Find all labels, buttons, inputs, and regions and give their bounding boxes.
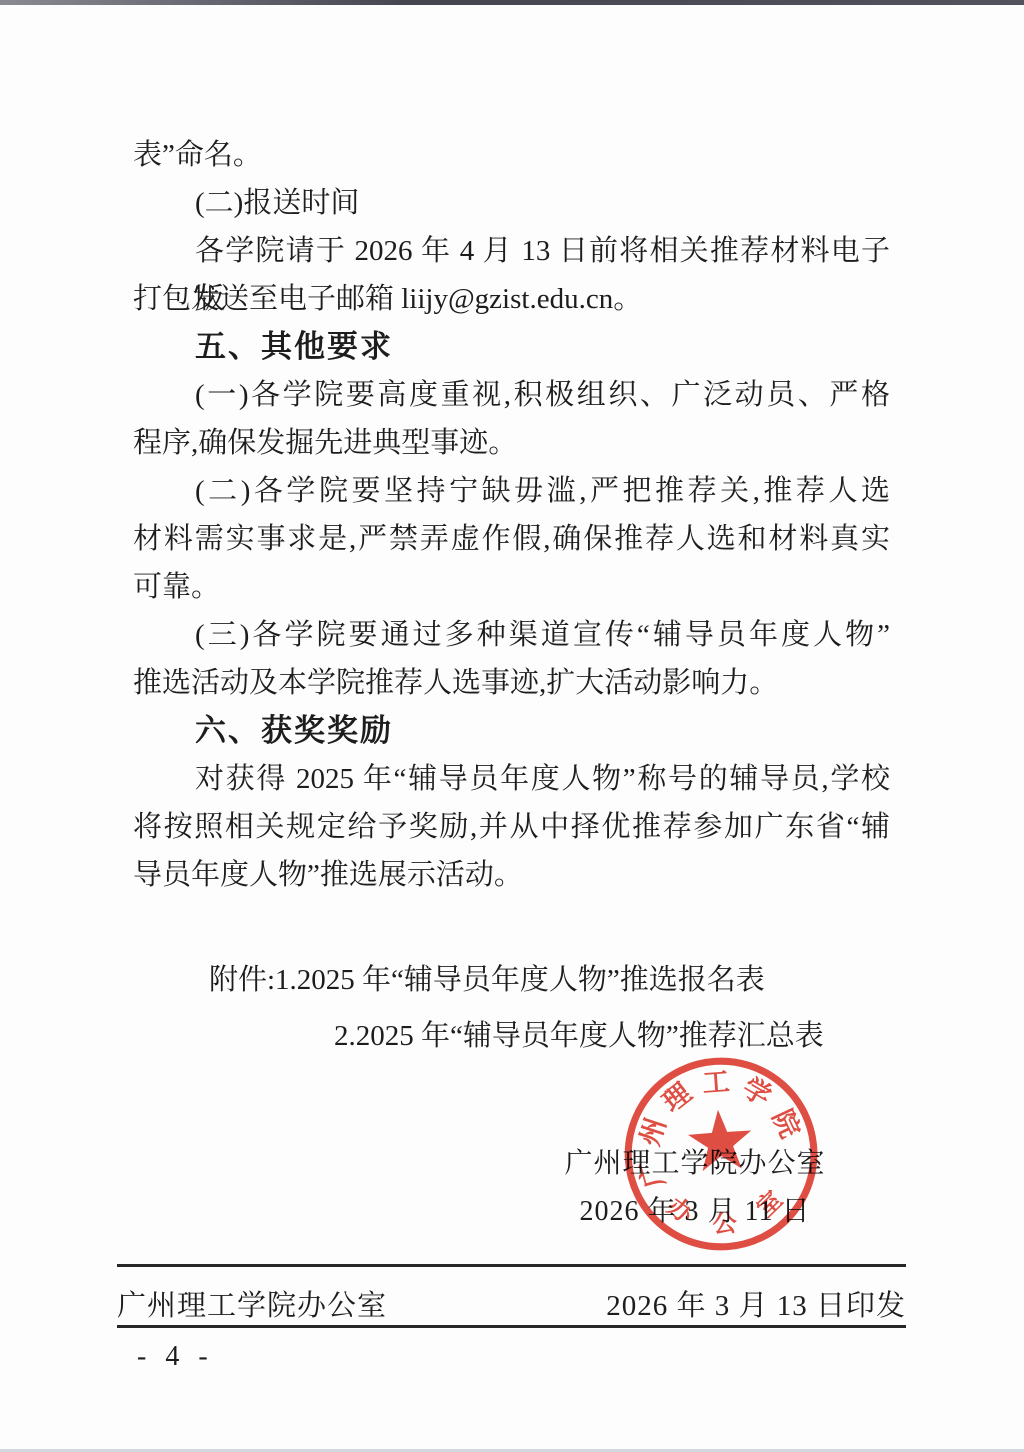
text-line: 可靠。 <box>133 563 890 611</box>
text-line: 导员年度人物”推选展示活动。 <box>133 851 890 899</box>
text-line: 材料需实事求是,严禁弄虚作假,确保推荐人选和材料真实 <box>133 515 890 563</box>
seal-char: 室 <box>752 1186 788 1222</box>
section-heading: 五、其他要求 <box>133 323 890 371</box>
colophon-row: 广州理工学院办公室 2026 年 3 月 13 日印发 <box>117 1280 906 1326</box>
text-line: (一)各学院要高度重视,积极组织、广泛动员、严格 <box>133 371 890 419</box>
seal-char: 办 <box>662 1193 698 1230</box>
official-seal: 广 州 理 工 学 院 办 公 室 <box>601 1033 840 1272</box>
body-lines: 表”命名。(二)报送时间各学院请于 2026 年 4 月 13 日前将相关推荐材… <box>133 131 890 899</box>
text-line: (三)各学院要通过多种渠道宣传“辅导员年度人物” <box>133 611 890 659</box>
seal-char: 广 <box>633 1157 670 1192</box>
text-line: 推选活动及本学院推荐人选事迹,扩大活动影响力。 <box>133 659 890 707</box>
seal-char: 公 <box>712 1210 738 1238</box>
footer-issuer: 广州理工学院办公室 <box>117 1283 387 1324</box>
text-line: 各学院请于 2026 年 4 月 13 日前将相关推荐材料电子版 <box>133 227 890 275</box>
scan-edge-top <box>0 0 1024 5</box>
seal-char: 州 <box>634 1114 672 1149</box>
text-line: (二)各学院要坚持宁缺毋滥,严把推荐关,推荐人选 <box>133 467 890 515</box>
section-heading: 六、获奖奖励 <box>133 707 890 755</box>
text-line: 表”命名。 <box>133 131 890 179</box>
star-icon <box>686 1108 753 1173</box>
text-line: (二)报送时间 <box>133 179 890 227</box>
text-line: 打包发送至电子邮箱 liijy@gzist.edu.cn。 <box>133 275 890 323</box>
text-line: 程序,确保发掘先进典型事迹。 <box>133 419 890 467</box>
footer-rule-top <box>117 1264 906 1267</box>
footer-print-date: 2026 年 3 月 13 日印发 <box>606 1283 906 1324</box>
page-number: - 4 - <box>137 1341 214 1373</box>
document-page: 表”命名。(二)报送时间各学院请于 2026 年 4 月 13 日前将相关推荐材… <box>0 0 1024 1452</box>
footer-rule-bottom <box>117 1325 906 1328</box>
seal-char: 工 <box>701 1066 730 1099</box>
text-line: 将按照相关规定给予奖励,并从中择优推荐参加广东省“辅 <box>133 803 890 851</box>
text-line: 附件:1.2025 年“辅导员年度人物”推选报名表 <box>133 952 890 1008</box>
text-line: 对获得 2025 年“辅导员年度人物”称号的辅导员,学校 <box>133 755 890 803</box>
